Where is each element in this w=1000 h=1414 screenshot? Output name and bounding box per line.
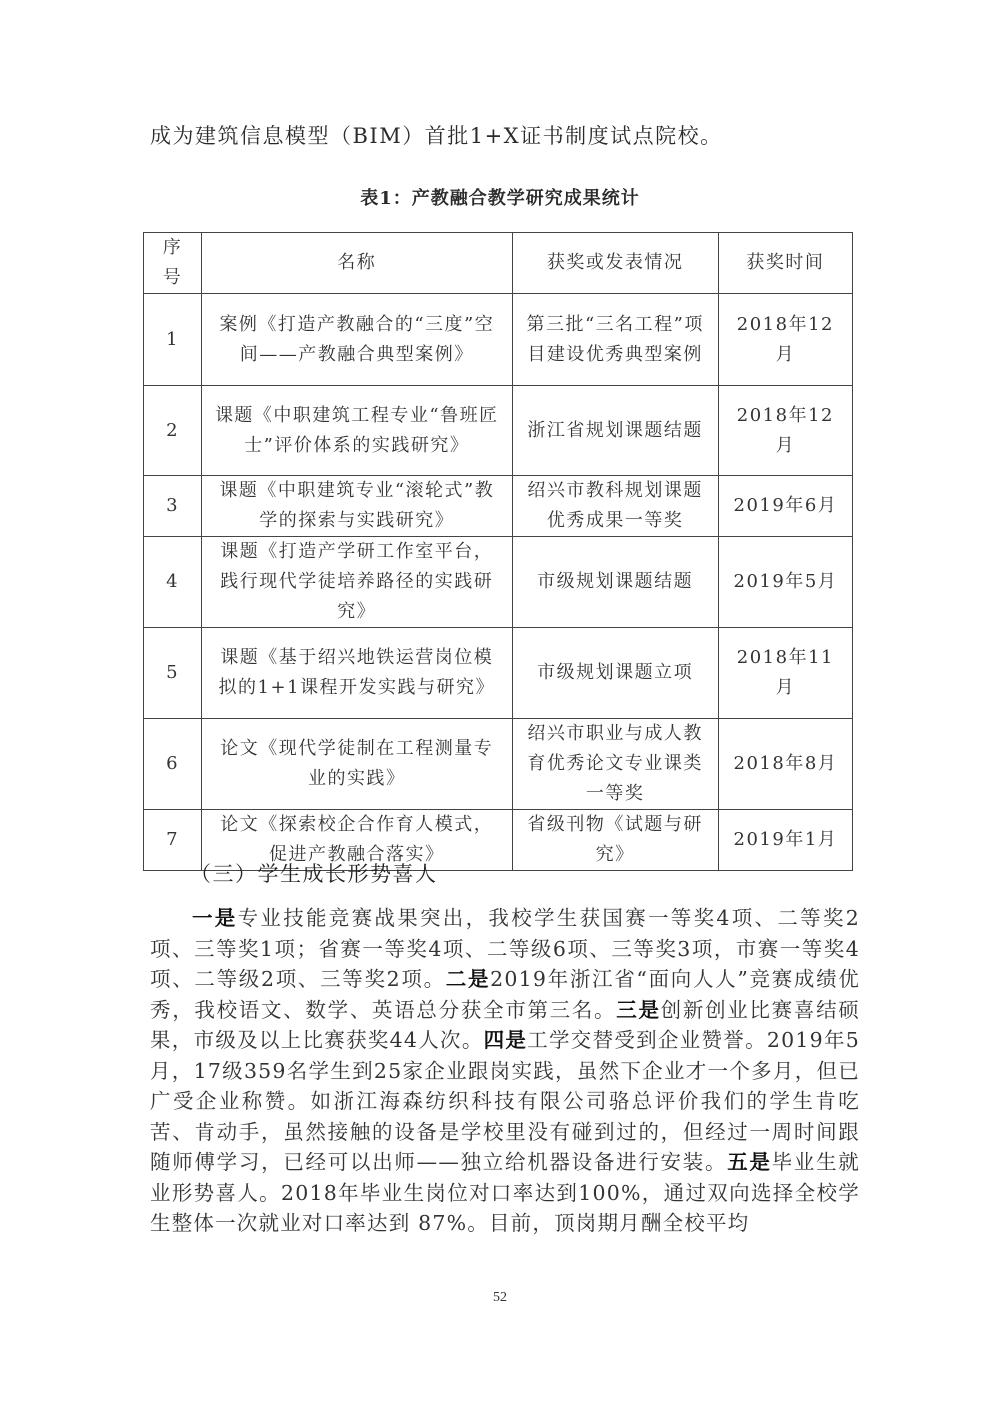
header-name: 名称 bbox=[202, 233, 512, 294]
cell-index: 4 bbox=[144, 537, 202, 628]
document-page: 成为建筑信息模型（BIM）首批1+X证书制度试点院校。 表1：产教融合教学研究成… bbox=[0, 0, 1000, 1414]
cell-date: 2018年12月 bbox=[718, 294, 852, 386]
cell-date: 2018年12月 bbox=[718, 386, 852, 476]
cell-award: 浙江省规划课题结题 bbox=[512, 386, 718, 476]
cell-index: 5 bbox=[144, 628, 202, 719]
point-label: 四是 bbox=[484, 1028, 528, 1052]
header-index: 序号 bbox=[144, 233, 202, 294]
cell-name: 课题《基于绍兴地铁运营岗位模拟的1+1课程开发实践与研究》 bbox=[202, 628, 512, 719]
table-row: 6 论文《现代学徒制在工程测量专业的实践》 绍兴市职业与成人教育优秀论文专业课类… bbox=[144, 719, 853, 810]
table-row: 5 课题《基于绍兴地铁运营岗位模拟的1+1课程开发实践与研究》 市级规划课题立项… bbox=[144, 628, 853, 719]
cell-award: 第三批“三名工程”项目建设优秀典型案例 bbox=[512, 294, 718, 386]
cell-index: 6 bbox=[144, 719, 202, 810]
point-label: 三是 bbox=[616, 998, 660, 1022]
cell-name: 课题《打造产学研工作室平台，践行现代学徒培养路径的实践研究》 bbox=[202, 537, 512, 628]
cell-award: 省级刊物《试题与研究》 bbox=[512, 810, 718, 871]
cell-award: 绍兴市职业与成人教育优秀论文专业课类一等奖 bbox=[512, 719, 718, 810]
table-row: 2 课题《中职建筑工程专业“鲁班匠士”评价体系的实践研究》 浙江省规划课题结题 … bbox=[144, 386, 853, 476]
cell-name: 案例《打造产教融合的“三度”空间——产教融合典型案例》 bbox=[202, 294, 512, 386]
point-label: 一是 bbox=[192, 906, 238, 930]
cell-date: 2019年1月 bbox=[718, 810, 852, 871]
cell-award: 市级规划课题立项 bbox=[512, 628, 718, 719]
top-paragraph: 成为建筑信息模型（BIM）首批1+X证书制度试点院校。 bbox=[150, 118, 723, 154]
cell-award: 绍兴市教科规划课题优秀成果一等奖 bbox=[512, 476, 718, 537]
header-date: 获奖时间 bbox=[718, 233, 852, 294]
point-label: 五是 bbox=[727, 1150, 771, 1174]
table-row: 1 案例《打造产教融合的“三度”空间——产教融合典型案例》 第三批“三名工程”项… bbox=[144, 294, 853, 386]
body-paragraph: 一是专业技能竞赛战果突出，我校学生获国赛一等奖4项、二等奖2项、三等奖1项；省赛… bbox=[150, 903, 860, 1239]
table-row: 3 课题《中职建筑专业“滚轮式”教学的探索与实践研究》 绍兴市教科规划课题优秀成… bbox=[144, 476, 853, 537]
cell-index: 3 bbox=[144, 476, 202, 537]
cell-date: 2019年5月 bbox=[718, 537, 852, 628]
page-number: 52 bbox=[0, 1290, 1000, 1306]
research-results-table: 序号 名称 获奖或发表情况 获奖时间 1 案例《打造产教融合的“三度”空间——产… bbox=[143, 232, 853, 871]
point-label: 二是 bbox=[446, 967, 490, 991]
header-award: 获奖或发表情况 bbox=[512, 233, 718, 294]
cell-index: 1 bbox=[144, 294, 202, 386]
section-heading: （三）学生成长形势喜人 bbox=[190, 858, 438, 888]
cell-award: 市级规划课题结题 bbox=[512, 537, 718, 628]
table-caption: 表1：产教融合教学研究成果统计 bbox=[0, 184, 1000, 210]
cell-date: 2019年6月 bbox=[718, 476, 852, 537]
cell-index: 2 bbox=[144, 386, 202, 476]
table-row: 4 课题《打造产学研工作室平台，践行现代学徒培养路径的实践研究》 市级规划课题结… bbox=[144, 537, 853, 628]
table-header-row: 序号 名称 获奖或发表情况 获奖时间 bbox=[144, 233, 853, 294]
cell-name: 课题《中职建筑工程专业“鲁班匠士”评价体系的实践研究》 bbox=[202, 386, 512, 476]
cell-date: 2018年8月 bbox=[718, 719, 852, 810]
cell-date: 2018年11月 bbox=[718, 628, 852, 719]
cell-name: 课题《中职建筑专业“滚轮式”教学的探索与实践研究》 bbox=[202, 476, 512, 537]
cell-name: 论文《现代学徒制在工程测量专业的实践》 bbox=[202, 719, 512, 810]
